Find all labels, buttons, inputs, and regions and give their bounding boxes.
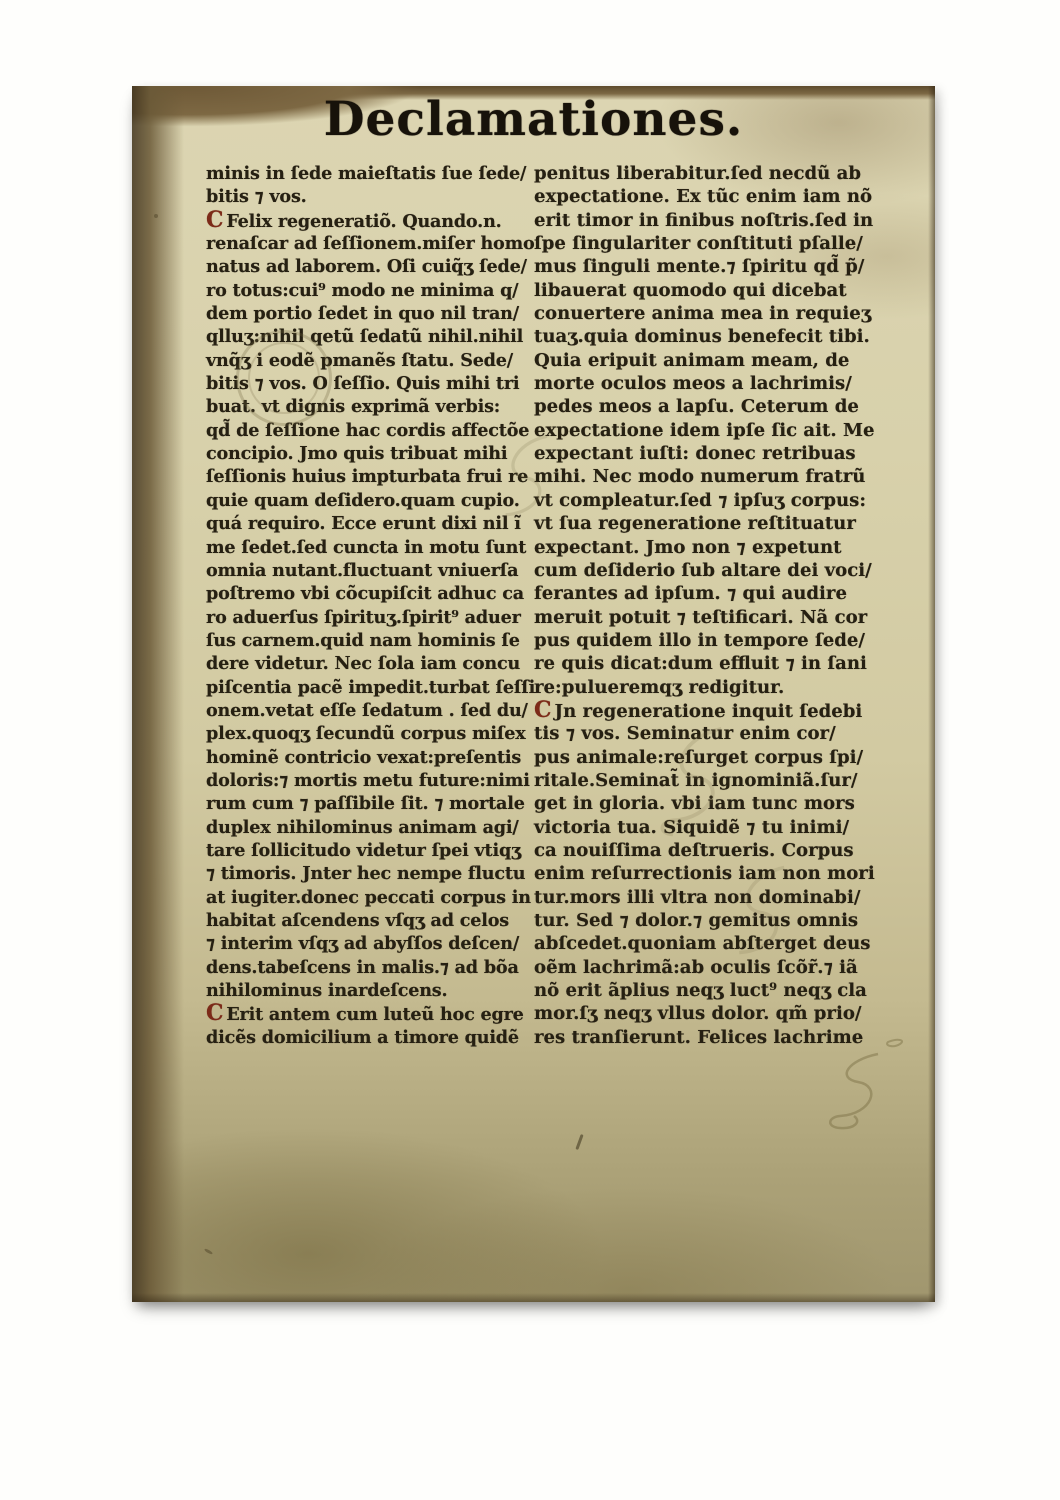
text-line: tare ſollicitudo videtur ſpei vtiqʒ [206,839,536,862]
text-line: conuertere anima mea in requieʒ [534,302,930,325]
text-line: expectatione idem ipſe ſic ait. Me [534,419,930,442]
text-line: res tranſierunt. Felices lachrime [534,1026,930,1049]
text-line: expectant. Jmo non ⁊ expetunt [534,536,930,559]
text-line: duplex nihilominus animam agi/ [206,816,536,839]
text-line: ro aduerſus ſpirituʒ.ſpirit⁹ aduer [206,606,536,629]
text-line: habitat aſcendens vſqʒ ad celos [206,909,536,932]
text-line: poſtremo vbi cõcupiſcit adhuc ca [206,582,536,605]
text-line: qd̃ de ſeſſione hac cordis affectõe [206,419,536,442]
text-line: nõ erit ãplius neqʒ luct⁹ neqʒ cla [534,979,930,1002]
text-line: mihi. Nec modo numerum fratrũ [534,465,930,488]
text-line: ſpe ſingulariter conſtituti pſalle/ [534,232,930,255]
text-line: plex.quoqʒ ſecundũ corpus miſex [206,722,536,745]
text-line: dicẽs domicilium a timore quidẽ [206,1026,536,1049]
text-line: CFelix regeneratiõ. Quando.n. [206,209,536,232]
text-line: abſcedet.quoniam abſterget deus [534,932,930,955]
text-line: natus ad laborem. Oſi cuiq̃ʒ ſede/ [206,255,536,278]
text-line: dens.tabeſcens in malis.⁊ ad bõa [206,956,536,979]
text-line: at iugiter.donec peccati corpus in [206,886,536,909]
text-line: dere videtur. Nec ſola iam concu [206,652,536,675]
text-line: ⁊ timoris. Jnter hec nempe fluctu [206,862,536,885]
text-line: CErit antem cum luteũ hoc egre [206,1002,536,1025]
text-line: ro totus:cui⁹ modo ne minima q/ [206,279,536,302]
text-line: vt compleatur.ſed ⁊ ipſuʒ corpus: [534,489,930,512]
text-line: morte oculos meos a lachrimis/ [534,372,930,395]
text-line: pedes meos a lapſu. Ceterum de [534,395,930,418]
text-line: concipio. Jmo quis tribuat mihi [206,442,536,465]
text-line: doloris:⁊ mortis metu future:nimi [206,769,536,792]
text-line: nihilominus inardeſcens. [206,979,536,1002]
book-page-scan: Declamationes. minis in ſede maieſtatis … [132,86,935,1302]
text-line: enim reſurrectionis iam non mori [534,862,930,885]
embossed-stamp [236,330,332,426]
text-line: libauerat quomodo qui dicebat [534,279,930,302]
text-line: victoria tua. Siquidẽ ⁊ tu inimi/ [534,816,930,839]
binding-gutter-shadow [132,86,184,1302]
text-line: onem.vetat eſſe ſedatum . ſed du/ [206,699,536,722]
text-line: mor.ſʒ neqʒ vllus dolor. qm̃ prio/ [534,1002,930,1025]
text-column-right: penitus liberabitur.ſed necdũ abexpectat… [534,162,930,1049]
text-line: oẽm lachrimã:ab oculis ſcõr̃.⁊ iã [534,956,930,979]
text-line: ſeſſionis huius impturbata frui re [206,465,536,488]
text-line: pus quidem illo in tempore ſede/ [534,629,930,652]
paper-speck [154,214,158,218]
text-line: hominẽ contricio vexat:preſentis [206,746,536,769]
paper-speck [204,1248,213,1255]
text-line: me ſedet.ſed cuncta in motu ſunt [206,536,536,559]
text-line: tis ⁊ vos. Seminatur enim cor/ [534,722,930,745]
text-line: cum deſiderio ſub altare dei voci/ [534,559,930,582]
rubric-initial: C [206,207,226,233]
text-line: re quis dicat:dum effluit ⁊ in ſani [534,652,930,675]
text-line: quie quam deſidero.quam cupio. [206,489,536,512]
rubric-initial: C [534,697,555,723]
text-line: pus animale:reſurget corpus ſpi/ [534,746,930,769]
rubric-initial: C [206,1000,226,1026]
text-line: ca nouiſſima deſtrueris. Corpus [534,839,930,862]
text-line: dem portio ſedet in quo nil tran/ [206,302,536,325]
text-line: quá requiro. Ecce erunt dixi nil ĩ [206,512,536,535]
text-line: piſcentia pacẽ impedit.turbat ſeſſi [206,676,536,699]
text-line: omnia nutant.fluctuant vniuerſa [206,559,536,582]
text-line: Quia eripuit animam meam, de [534,349,930,372]
text-line: expectant iuſti: donec retribuas [534,442,930,465]
text-line: bitis ⁊ vos. [206,185,536,208]
text-line: tur.mors illi vltra non dominabi/ [534,886,930,909]
text-line: expectatione. Ex tũc enim iam nõ [534,185,930,208]
text-line: ferantes ad ipſum. ⁊ qui audire [534,582,930,605]
text-line: meruit potuit ⁊ teſtificari. Nã cor [534,606,930,629]
text-line: tuaʒ.quia dominus benefecit tibi. [534,325,930,348]
text-line: ⁊ interim vſqʒ ad abyſſos deſcen/ [206,932,536,955]
text-line: get in gloria. vbi iam tunc mors [534,792,930,815]
text-line: rum cum ⁊ paſſibile ſit. ⁊ mortale [206,792,536,815]
text-line: renaſcar ad ſeſſionem.miſer homo [206,232,536,255]
text-line: minis in ſede maieſtatis ſue ſede/ [206,162,536,185]
text-line: erit timor in finibus noſtris.ſed in [534,209,930,232]
text-line: vt ſua regeneratione reſtituatur [534,512,930,535]
text-line: tur. Sed ⁊ dolor.⁊ gemitus omnis [534,909,930,932]
pen-slash-mark [575,1134,583,1150]
text-line: mus ſinguli mente.⁊ ſpiritu qd̃ p̃/ [534,255,930,278]
text-line: ritale.Seminat̃ in ignominiã.ſur/ [534,769,930,792]
text-line: CJn regeneratione inquit ſedebi [534,699,930,722]
text-line: re:pulueremqʒ redigitur. [534,676,930,699]
text-column-left: minis in ſede maieſtatis ſue ſede/bitis … [206,162,536,1049]
text-line: penitus liberabitur.ſed necdũ ab [534,162,930,185]
page-title: Declamationes. [132,92,935,147]
page-bottom-edge [132,1293,935,1302]
text-line: ſus carnem.quid nam hominis ſe [206,629,536,652]
